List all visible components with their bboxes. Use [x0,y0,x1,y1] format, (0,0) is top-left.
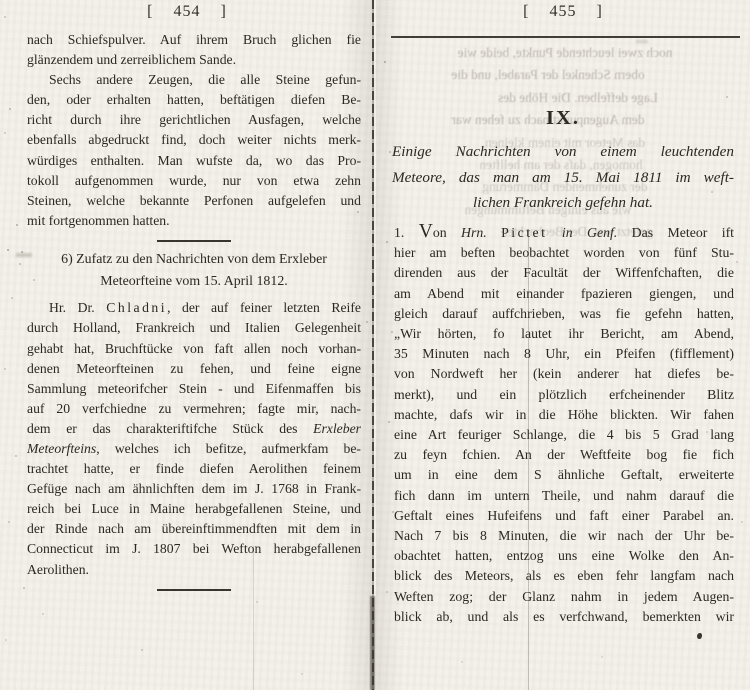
heading-line: 6) Zufatz zu den Nachrichten von dem Erx… [27,249,361,271]
text-line: blick des Meteors, als es eben fehr lang… [394,566,734,586]
right-page-number: [ 455 ] [376,3,750,21]
left-page-number: [ 454 ] [0,3,374,21]
left-page-text-block: nach Schiefspulver. Auf ihrem Bruch glic… [27,30,361,598]
bleedthrough-line: obern Schenkel der Parabel, und die [388,64,742,86]
text-line: Gefüge nach am ähnlichften dem im J. 176… [27,479,361,499]
left-page: [ 454 ] nach Schiefspulver. Auf ihrem Br… [0,0,374,690]
text-line: fich dann im untern Theile, und nahm dar… [394,486,734,506]
heading-line: Meteorfteine vom 15. April 1812. [27,271,361,293]
text-line: glänzendem und zerreiblichem Sande. [27,50,361,70]
text-line: direnden aus der Facultät der Wiffenfcha… [394,263,734,283]
text-line: machte, dafs wir in die Höhe blickten. W… [394,405,734,425]
bleedthrough-line: noch zwei leuchtende Punkte, beide wie [388,42,742,64]
paper-fold-line-left [253,546,254,690]
text-line: Aerolithen. [27,560,361,580]
text-line: von Nordweft her (kein anderer hat diefe… [394,364,734,384]
text-line: ebenfalls abgedruckt find, doch weiter n… [27,130,361,150]
paper-fold-line-right [528,230,529,690]
text-line: Geftalt eines Hufeifens und faft einer P… [394,506,734,526]
text-line: am Abend mit einander fpazieren giengen,… [394,284,734,304]
book-gutter-line [372,0,374,690]
text-line: auf 20 verfchiedne zu vermehren; fagte m… [27,399,361,419]
text-line: merkt), und ein plötzlich erfcheinender … [394,385,734,405]
margin-smudge [16,253,32,257]
paragraph-six-witnesses: Sechs andere Zeugen, die alle Steine gef… [27,70,361,231]
text-line: den, oder erhalten hatten, beftätigen di… [27,90,361,110]
text-line: Sammlung meteorifcher Stein - und Eifenm… [27,379,361,399]
text-line: denen Meteorfteinen zu fehen, und feine … [27,359,361,379]
text-line: um in eine dem S ähnliche Geftalt, erwei… [394,465,734,485]
text-line: nach Schiefspulver. Auf ihrem Bruch glic… [27,30,361,50]
page-curve-shading-left [342,0,372,690]
section-divider-rule [157,240,231,242]
text-line: eine Art feuriger Schlange, die 4 bis 5 … [394,425,734,445]
section-number-heading: IX. [376,107,750,130]
text-line: Weften zog; der Glanz nahm in jedem Auge… [394,587,734,607]
bleedthrough-line: Lage deffelben. Die Höhe des [388,87,742,109]
text-line: mit fortgenommen hatten. [27,211,361,231]
title-line: Einige Nachrichten von einem leuchtenden [392,139,734,165]
text-line: gehabt hat, Bruchftücke von faft allen n… [27,339,361,359]
text-line: gleich darauf auffchrieben, was fie gefe… [394,304,734,324]
right-page: [ 455 ] noch zwei leuchtende Punkte, bei… [376,0,750,690]
paragraph-gunpowder-continuation: nach Schiefspulver. Auf ihrem Bruch glic… [27,30,361,70]
article-title-meteor-1811: Einige Nachrichten von einem leuchtenden… [392,139,734,216]
title-line: Meteore, das man am 15. Mai 1811 im weft… [392,165,734,191]
scanned-book-spread: { "colors": { "paper": "#f3f1ea", "ink":… [0,0,750,690]
text-line: würdiges enthalten. Man wufste da, wo da… [27,151,361,171]
text-line: blick ab, und als es verfchwand, bemerkt… [394,607,734,627]
text-line: Connecticut im J. 1807 bei Wefton herabg… [27,539,361,559]
text-line: hier am beften beobachtet worden von fün… [394,243,734,263]
text-line: richt durch ihre gerichtlichen Ausfagen,… [27,110,361,130]
text-line: obachtet hatten, entzog uns eine Wolke d… [394,546,734,566]
paragraph-chladni-report: Hr. Dr. Chladni, der auf feiner letzten … [27,298,361,579]
text-line: Hr. Dr. Chladni, der auf feiner letzten … [27,298,361,318]
margin-smudge [636,40,648,43]
book-gutter-shadow [370,596,375,690]
header-rule [391,36,740,38]
text-line: dem er das charakteriftifche Stück des E… [27,419,361,439]
subsection-heading-erxleben-addendum: 6) Zufatz zu den Nachrichten von dem Erx… [27,249,361,292]
text-line: Nach 7 bis 8 Minuten, die wir nach der U… [394,526,734,546]
text-line: 1. Von Hrn. Pictet in Genf. Das Meteor i… [394,222,734,243]
text-line: Sechs andere Zeugen, die alle Steine gef… [27,70,361,90]
section-divider-rule [157,589,231,591]
paragraph-pictet-observation: 1. Von Hrn. Pictet in Genf. Das Meteor i… [394,222,734,627]
text-line: Steinen, welche bekannte Perfonen aufgel… [27,191,361,211]
text-line: durch Holland, Frankreich und Italien Ge… [27,318,361,338]
text-line: Meteorfteins, welches ich befitze, aufme… [27,439,361,459]
text-line: 35 Minuten nach 8 Uhr, ein Pfeifen (fiff… [394,344,734,364]
text-line: tokoll aufgenommen wurde, nur von etwa z… [27,171,361,191]
text-line: der Rinde nach am übereinftimmendften mi… [27,519,361,539]
text-line: trachtet hatte, er finde diefen Aerolith… [27,459,361,479]
title-line: lichen Frankreich gefehn hat. [392,190,734,216]
text-line: zu feyn fchien. An der Weftfeite bog fie… [394,445,734,465]
text-line: „Wir hörten, fo lautet ihr Bericht, am A… [394,324,734,344]
text-line: reich bei Luce in Maine herabgefallenen … [27,499,361,519]
